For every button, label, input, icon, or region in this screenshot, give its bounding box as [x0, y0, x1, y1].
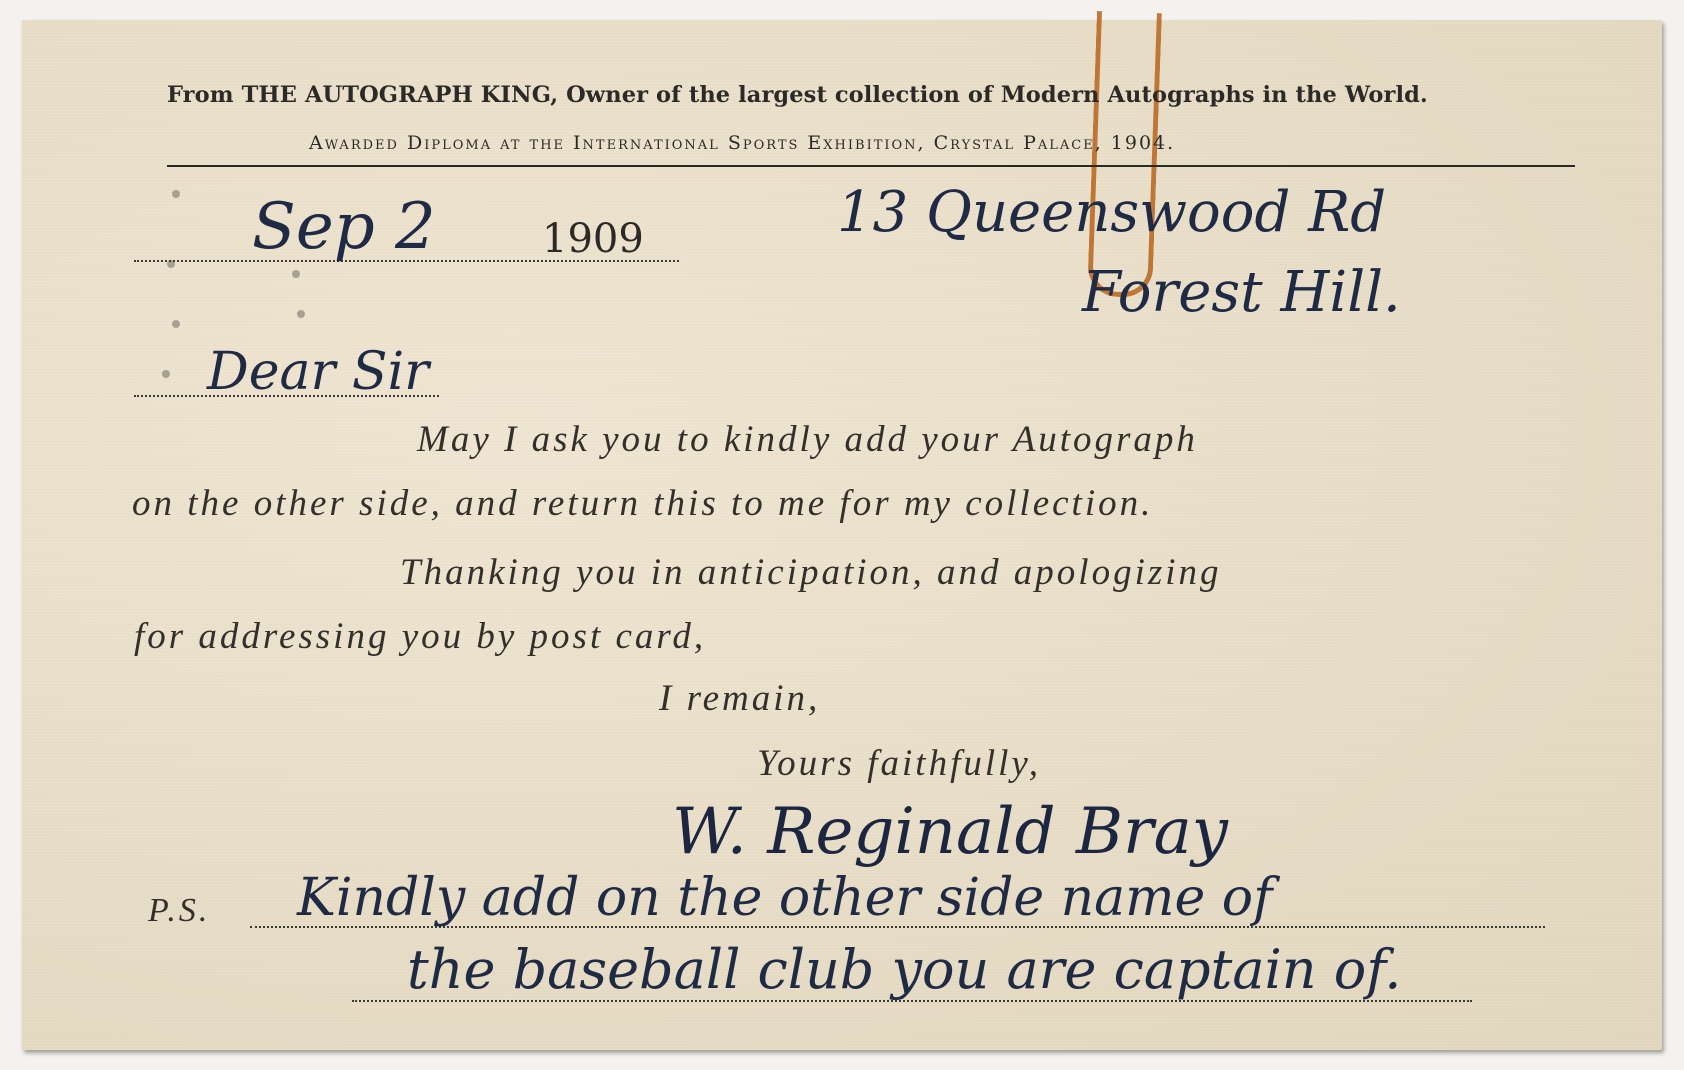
postmark-smudge: [292, 270, 300, 278]
address-line-1: 13 Queenswood Rd: [837, 180, 1386, 245]
header-subtitle: Awarded Diploma at the International Spo…: [309, 132, 1459, 154]
postmark-smudge: [162, 370, 170, 378]
postmark-smudge: [297, 310, 305, 318]
postmark-smudge: [172, 320, 180, 328]
closing-yours-faithfully: Yours faithfully,: [757, 742, 1041, 785]
date-handwritten: Sep 2: [252, 190, 436, 264]
date-year: 1909: [542, 216, 644, 262]
body-line-2: on the other side, and return this to me…: [132, 482, 1153, 525]
salutation: Dear Sir: [207, 342, 429, 402]
postscript-line-2: the baseball club you are captain of.: [407, 938, 1401, 1001]
header-rule: [167, 165, 1575, 167]
header-title: From THE AUTOGRAPH KING, Owner of the la…: [167, 82, 1557, 108]
closing-remain: I remain,: [659, 677, 820, 720]
body-line-3: Thanking you in anticipation, and apolog…: [400, 551, 1222, 594]
address-line-2: Forest Hill.: [1082, 260, 1401, 325]
postscript-line-1: Kindly add on the other side name of: [297, 868, 1272, 928]
signature: W. Reginald Bray: [672, 795, 1228, 869]
postscript-label: P.S.: [148, 892, 210, 930]
body-line-4: for addressing you by post card,: [134, 615, 706, 658]
body-line-1: May I ask you to kindly add your Autogra…: [417, 418, 1198, 461]
rust-stain-loop: [1087, 11, 1162, 298]
postcard: From THE AUTOGRAPH KING, Owner of the la…: [22, 20, 1662, 1050]
postmark-smudge: [172, 190, 180, 198]
